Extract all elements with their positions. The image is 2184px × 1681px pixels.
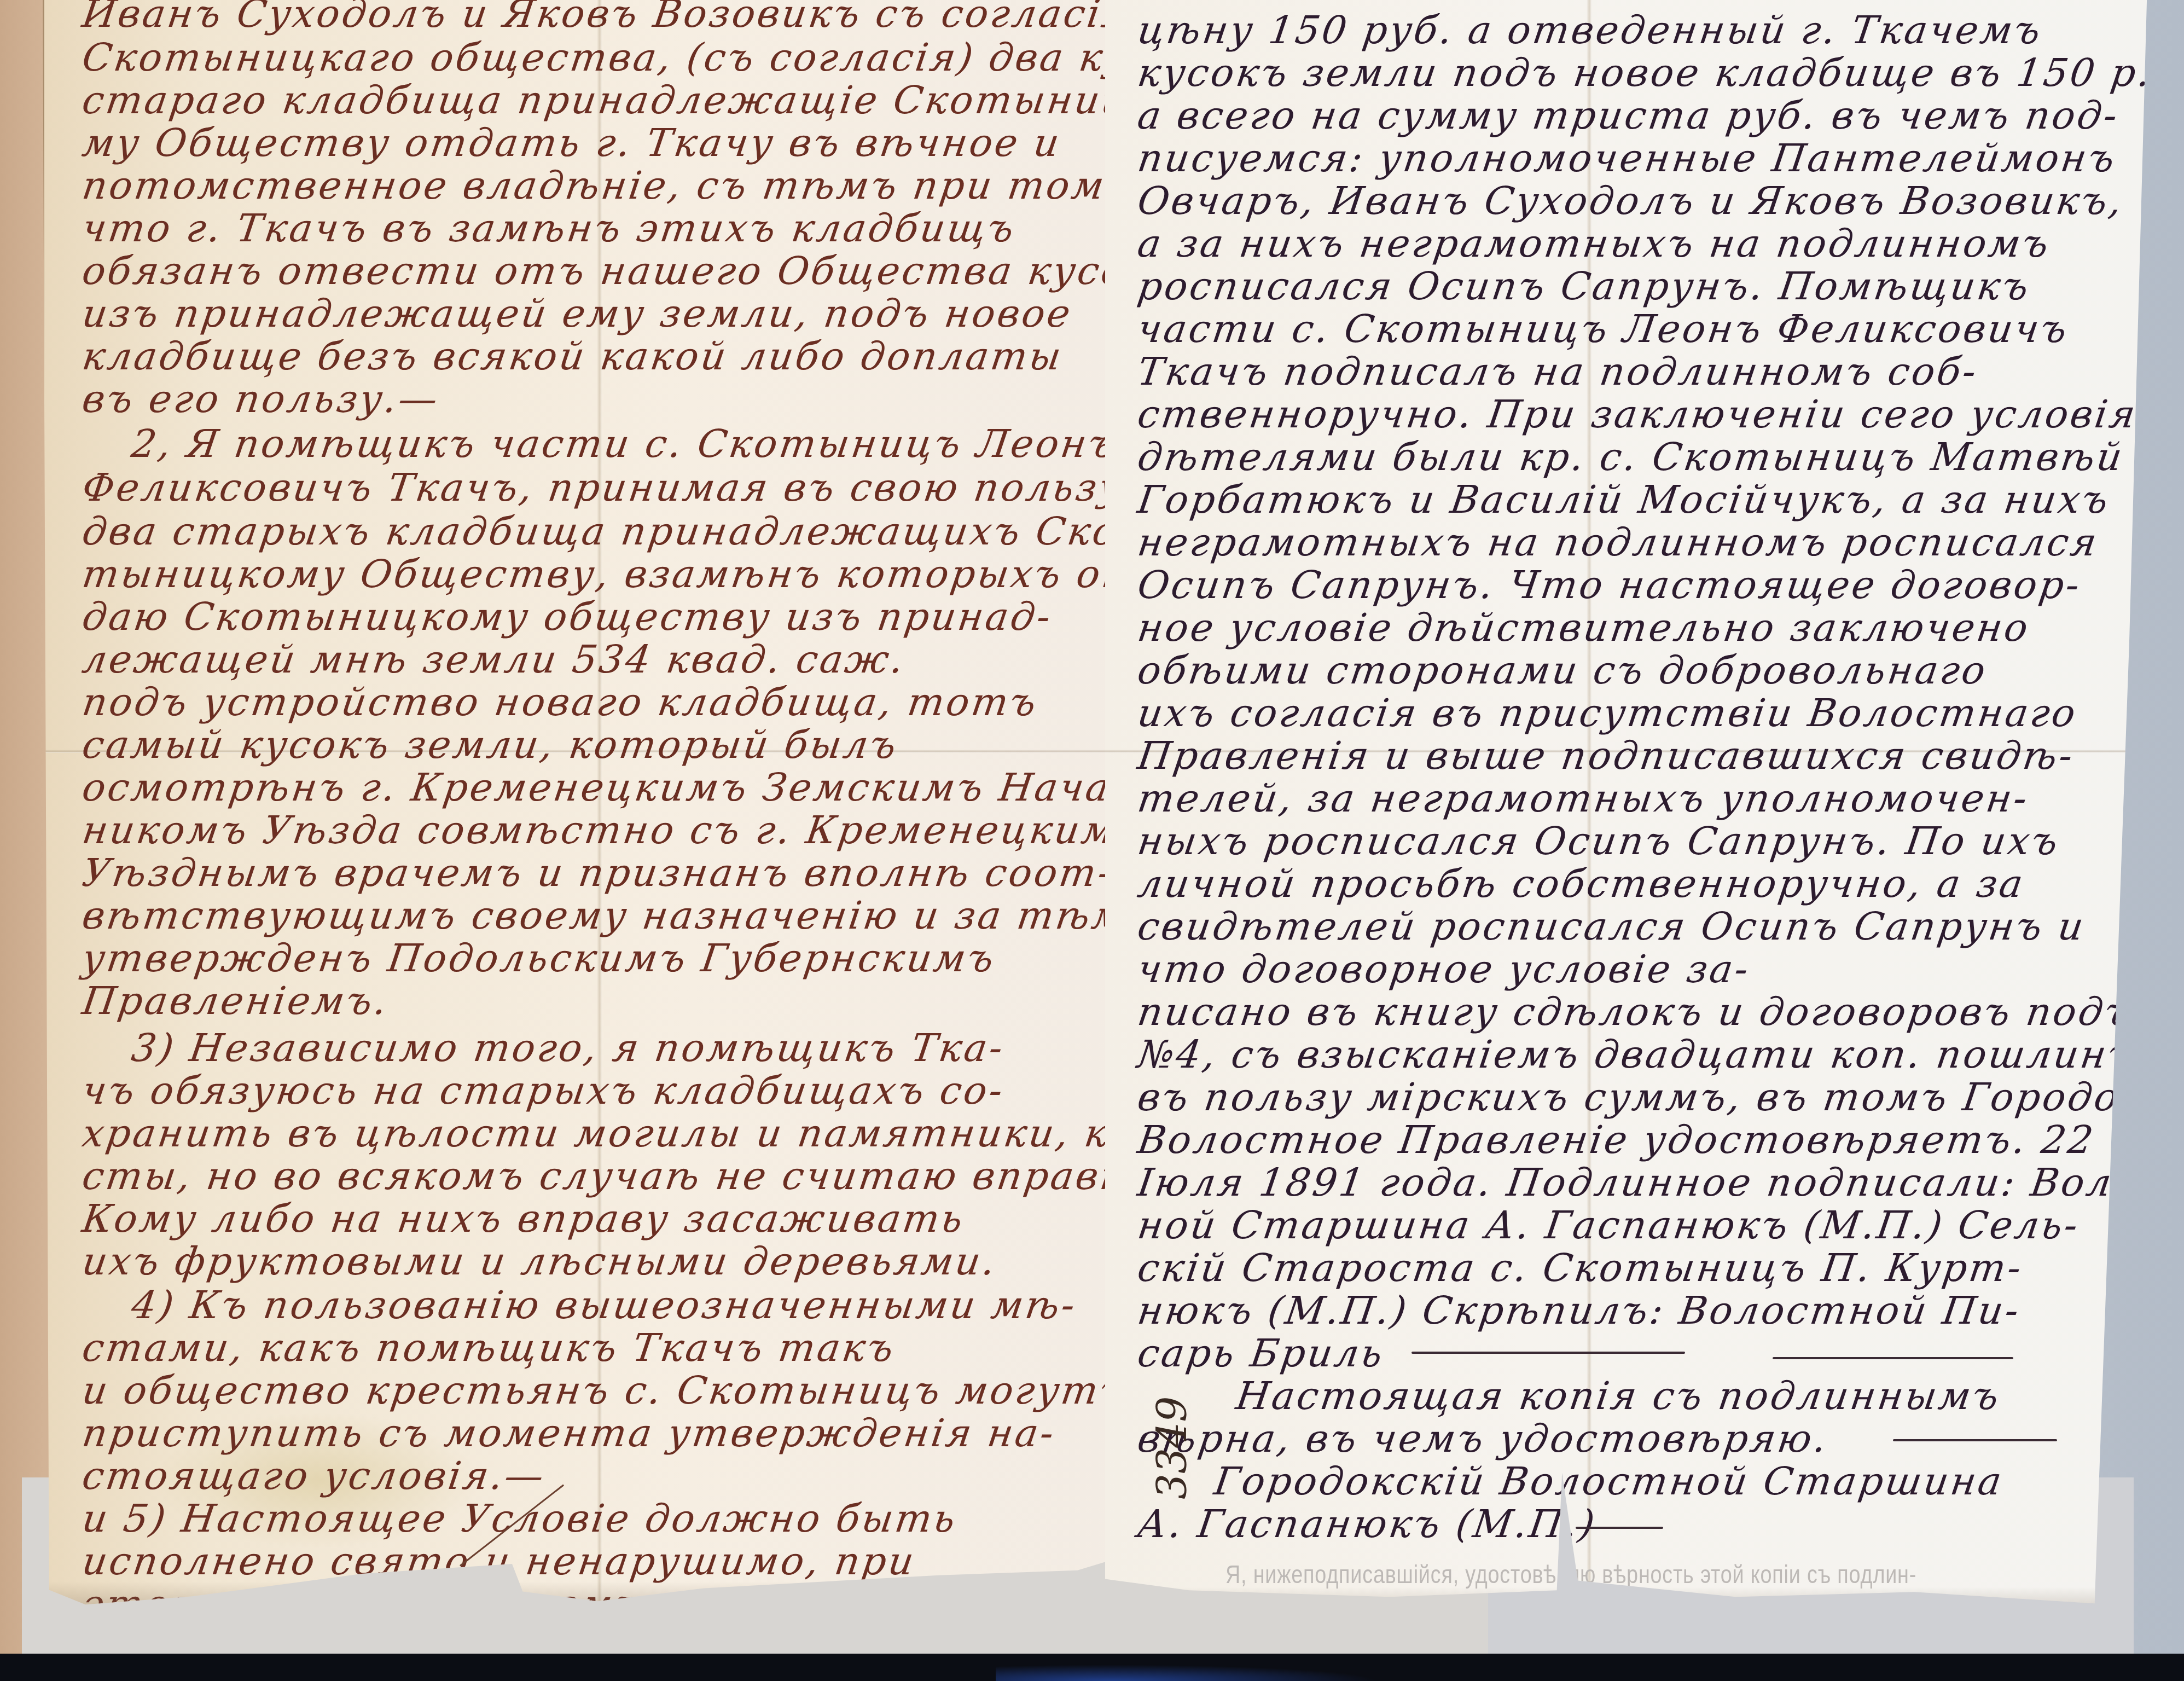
archive-number: 3349 [1149, 1396, 1196, 1499]
text-line: телей, за неграмотныхъ уполномочен- [1135, 779, 2031, 818]
text-line: ной Старшина А. Гаспанюкъ (М.П.) Сель- [1135, 1206, 2082, 1244]
text-line: ное условіе дѣйствительно заключено [1135, 608, 2032, 647]
text-line: обѣими сторонами съ добровольнаго [1135, 651, 1990, 689]
text-line: Уѣзднымъ врачемъ и признанъ вполнѣ соот- [80, 854, 1110, 892]
text-line: му Обществу отдать г. Ткачу въ вѣчное и [80, 124, 1064, 162]
text-line: Кому либо на нихъ вправу засаживать [80, 1199, 967, 1238]
text-line: кусокъ земли подъ новое кладбище въ 150 … [1135, 54, 2155, 92]
text-line: Правленіемъ. [80, 982, 391, 1020]
document-page-left: Иванъ Суходолъ и Яковъ Возовикъ съ согла… [43, 0, 1110, 1614]
text-line: дѣтелями были кр. с. Скотыницъ Матвѣй [1135, 438, 2127, 476]
paragraph-4-start: 4) Къ пользованію вышеозначенными мѣ- [129, 1286, 1079, 1324]
text-line: Феликсовичъ Ткачъ, принимая въ свою поль… [80, 468, 1110, 507]
text-line: стоящаго условія.— [80, 1457, 548, 1495]
text-line: никомъ Уѣзда совмѣстно съ г. Кременецким… [80, 811, 1110, 849]
text-line: обязанъ отвести отъ нашего Общества кусо… [80, 252, 1110, 290]
certification-line: Настоящая копія съ подлиннымъ [1234, 1377, 2003, 1415]
text-line: самый кусокъ земли, который былъ [80, 726, 901, 764]
text-line: а за нихъ неграмотныхъ на подлинномъ [1135, 224, 2053, 263]
text-line: лежащей мнѣ земли 534 квад. саж. [80, 640, 908, 679]
signature-name: А. Гаспанюкъ (М.П.) [1135, 1505, 1599, 1543]
blue-cloth [996, 1665, 1379, 1681]
end-dash [1412, 1352, 1685, 1354]
document-page-right: цѣну 150 руб. а отведенный г. Ткачемъ ку… [1105, 0, 2156, 1620]
text-line: Овчаръ, Иванъ Суходолъ и Яковъ Возовикъ, [1135, 182, 2126, 220]
paragraph-2-start: 2, Я помѣщикъ части с. Скотыницъ Леонъ [129, 425, 1110, 463]
text-line: Волостное Правленіе удостовѣряетъ. 22 [1135, 1121, 2098, 1159]
text-line: потомственное владѣніе, съ тѣмъ при томъ… [80, 166, 1110, 205]
text-line: Осипъ Сапрунъ. Что настоящее договор- [1135, 566, 2084, 604]
text-line: ихъ согласія въ присутствіи Волостнаго [1135, 694, 2080, 732]
text-line: стараго кладбища принадлежащіе Скотыницк… [80, 81, 1110, 119]
text-line: чъ обязуюсь на старыхъ кладбищахъ со- [80, 1071, 1007, 1110]
paragraph-3-start: 3) Независимо того, я помѣщикъ Тка- [129, 1029, 1007, 1067]
text-line: свидѣтелей росписался Осипъ Сапрунъ и [1135, 907, 2088, 946]
end-dash [1893, 1439, 2057, 1441]
text-line: въ его пользу.— [80, 380, 442, 418]
text-line: сарь Бриль [1135, 1334, 1387, 1372]
text-line: вѣтствующимъ своему назначенію и за тѣмъ [80, 896, 1110, 935]
text-line: неграмотныхъ на подлинномъ росписался [1135, 523, 2101, 561]
text-line: личной просьбѣ собственноручно, а за [1135, 865, 2028, 903]
text-line: Правленія и выше подписавшихся свидѣ- [1135, 737, 2077, 775]
text-line: писуемся: уполномоченные Пантелеймонъ [1135, 139, 2119, 177]
text-line: и общество крестьянъ с. Скотыницъ могутъ [80, 1371, 1110, 1410]
text-line: два старыхъ кладбища принадлежащихъ Ско- [80, 512, 1110, 550]
bottom-dark-strip [0, 1654, 2184, 1681]
text-line: кладбище безъ всякой какой либо доплаты [80, 337, 1066, 375]
text-line: цѣну 150 руб. а отведенный г. Ткачемъ [1135, 11, 2045, 49]
text-line: Скотыницкаго общества, (съ согласія) два… [80, 38, 1110, 77]
text-line: ихъ фруктовыми и лѣсными деревьями. [80, 1242, 1000, 1280]
text-line: стами, какъ помѣщикъ Ткачъ такъ [80, 1329, 898, 1367]
text-line: тыницкому Обществу, взамѣнъ которыхъ от- [80, 555, 1110, 593]
text-line: осмотрѣнъ г. Кременецкимъ Земскимъ Начал… [80, 768, 1110, 807]
text-line: а всего на сумму триста руб. въ чемъ под… [1135, 96, 2122, 135]
text-line: нюкъ (М.П.) Скрѣпилъ: Волостной Пи- [1135, 1291, 2023, 1330]
text-line: №4, съ взысканіемъ двадцати коп. пошлинъ [1135, 1035, 2139, 1074]
text-line: приступить съ момента утвержденія на- [80, 1414, 1058, 1452]
text-line: Горбатюкъ и Василій Мосійчукъ, а за нихъ [1135, 480, 2112, 519]
text-line: въ пользу мірскихъ суммъ, въ томъ Городо… [1135, 1078, 2156, 1116]
text-line: Иванъ Суходолъ и Яковъ Возовикъ съ согла… [80, 0, 1110, 33]
end-dash [1576, 1527, 1663, 1529]
signature-title: Городокскій Волостной Старшина [1212, 1462, 2006, 1500]
text-line: сты, но во всякомъ случаѣ не считаю впра… [80, 1157, 1110, 1195]
text-line: ныхъ росписался Осипъ Сапрунъ. По ихъ [1135, 822, 2062, 860]
text-line: что г. Ткачъ въ замѣнъ этихъ кладбищъ [80, 209, 1018, 247]
text-line: Ткачъ подписалъ на подлинномъ соб- [1135, 352, 1980, 391]
text-line: ственноручно. При заключеніи сего услові… [1135, 395, 2156, 433]
text-line: изъ принадлежащей ему земли, подъ новое [80, 294, 1074, 333]
text-line: Іюля 1891 года. Подлинное подписали: Вол… [1135, 1163, 2156, 1202]
text-line: что договорное условіе за- [1135, 950, 1753, 988]
end-dash [1773, 1357, 2013, 1359]
text-line: хранить въ цѣлости могилы и памятники, к… [80, 1114, 1110, 1152]
text-line: подъ устройство новаго кладбища, тотъ [80, 683, 1041, 721]
text-line: писано въ книгу сдѣлокъ и договоровъ под… [1135, 993, 2135, 1031]
text-line: скій Староста с. Скотыницъ П. Курт- [1135, 1249, 2025, 1287]
text-line: утвержденъ Подольскимъ Губернскимъ [80, 939, 998, 977]
text-line: росписался Осипъ Сапрунъ. Помѣщикъ [1135, 267, 2033, 305]
text-line: даю Скотыницкому обществу изъ принад- [80, 598, 1055, 636]
certification-line: вѣрна, въ чемъ удостовѣряю. [1135, 1419, 1831, 1458]
text-line: части с. Скотыницъ Леонъ Феликсовичъ [1135, 310, 2071, 348]
